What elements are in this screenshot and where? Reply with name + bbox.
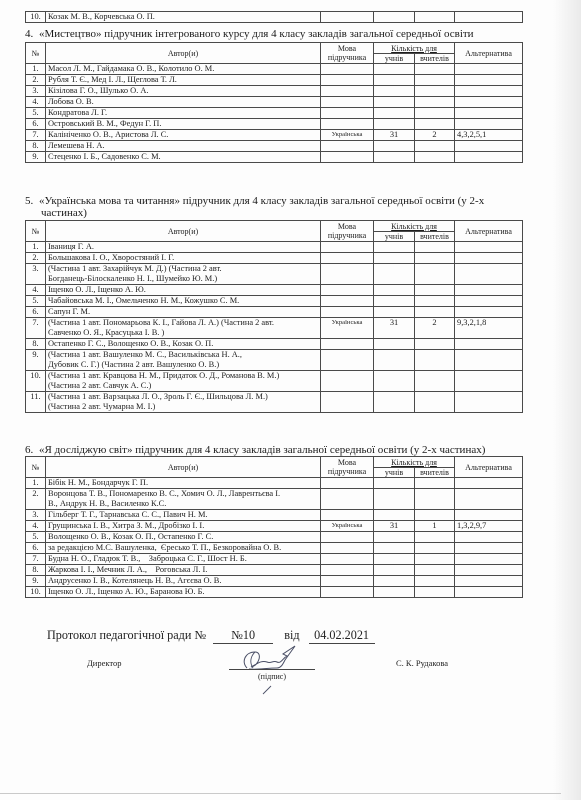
row-students: 31 xyxy=(374,130,415,141)
row-language xyxy=(321,75,374,86)
row-alternative xyxy=(455,296,523,307)
row-authors: (Частина 1 авт. Пономарьова К. І., Гайов… xyxy=(46,318,321,339)
row-alternative: 9,3,2,1,8 xyxy=(455,318,523,339)
row-language xyxy=(321,242,374,253)
row-number: 3. xyxy=(26,510,46,521)
row-alternative xyxy=(455,543,523,554)
table-row: 9.Стеценко І. Б., Садовенко С. М. xyxy=(26,152,523,163)
row-students xyxy=(374,587,415,598)
row-students xyxy=(374,565,415,576)
row-alternative xyxy=(455,141,523,152)
row-authors: Андрусенко І. В., Котелянець Н. В., Агєє… xyxy=(46,576,321,587)
row-alternative xyxy=(455,339,523,350)
row-students xyxy=(374,152,415,163)
row-alternative xyxy=(455,119,523,130)
row-teachers xyxy=(415,75,455,86)
row-alternative: 1,3,2,9,7 xyxy=(455,521,523,532)
row-authors: Калініченко О. В., Аристова Л. С. xyxy=(46,130,321,141)
row-alternative xyxy=(455,64,523,75)
row-authors: Іщенко О. Л., Іщенко А. Ю., Баранова Ю. … xyxy=(46,587,321,598)
row-teachers xyxy=(415,86,455,97)
row-authors: Чабайовська М. І., Омельченко Н. М., Кож… xyxy=(46,296,321,307)
protocol-line: Протокол педагогічної ради № №10 від 04.… xyxy=(47,628,375,644)
row-authors: Кондратова Л. Г. xyxy=(46,108,321,119)
row-students xyxy=(374,554,415,565)
row-teachers xyxy=(415,141,455,152)
row-number: 4. xyxy=(26,521,46,532)
row-teachers xyxy=(415,253,455,264)
table-row: 7.(Частина 1 авт. Пономарьова К. І., Гай… xyxy=(26,318,523,339)
row-teachers xyxy=(415,510,455,521)
director-name: С. К. Рудакова xyxy=(396,658,448,668)
row-students xyxy=(374,478,415,489)
row-authors: Стеценко І. Б., Садовенко С. М. xyxy=(46,152,321,163)
row-language xyxy=(321,108,374,119)
header-quantity: Кількість для xyxy=(374,221,455,232)
row-teachers xyxy=(415,339,455,350)
row-alternative xyxy=(455,510,523,521)
row-teachers xyxy=(415,242,455,253)
row-alternative xyxy=(455,565,523,576)
row-language: Українська xyxy=(321,521,374,532)
row-authors: (Частина 1 авт. Захарійчук М. Д.) (Части… xyxy=(46,264,321,285)
row-students xyxy=(374,242,415,253)
table-row: 3.Гільберг Т. Г., Тарнавська С. С., Пави… xyxy=(26,510,523,521)
row-teachers xyxy=(415,543,455,554)
row-teachers xyxy=(415,532,455,543)
header-authors: Автор(и) xyxy=(46,457,321,478)
table-row: 5.Кондратова Л. Г. xyxy=(26,108,523,119)
row-students xyxy=(374,253,415,264)
row-teachers xyxy=(415,371,455,392)
row-students xyxy=(374,12,415,23)
row-language xyxy=(321,86,374,97)
row-students xyxy=(374,97,415,108)
header-authors: Автор(и) xyxy=(46,43,321,64)
section-5-table: №Автор(и)МовапідручникаКількість дляАльт… xyxy=(25,220,523,413)
row-students xyxy=(374,307,415,318)
row-students xyxy=(374,350,415,371)
header-students: учнів xyxy=(374,54,415,64)
row-alternative xyxy=(455,587,523,598)
table-row: 2.Большакова І. О., Хворостяний І. Г. xyxy=(26,253,523,264)
header-alternative: Альтернатива xyxy=(455,221,523,242)
row-students: 31 xyxy=(374,318,415,339)
row-language: Українська xyxy=(321,318,374,339)
row-alternative xyxy=(455,392,523,413)
row-authors: Жаркова І. І., Мечник Л. А., Роговська Л… xyxy=(46,565,321,576)
row-alternative xyxy=(455,86,523,97)
row-teachers xyxy=(415,478,455,489)
section-4-title: 4.«Мистецтво» підручник інтегрованого ку… xyxy=(25,28,525,40)
row-language xyxy=(321,264,374,285)
row-authors: Козак М. В., Корчевська О. П. xyxy=(46,12,321,23)
table-row: 8.Жаркова І. І., Мечник Л. А., Роговська… xyxy=(26,565,523,576)
row-teachers xyxy=(415,64,455,75)
table-row: 10.(Частина 1 авт. Кравцова Н. М., Прида… xyxy=(26,371,523,392)
section-6-title: 6.«Я досліджую світ» підручник для 4 кла… xyxy=(25,444,525,456)
row-authors: (Частина 1 авт. Кравцова Н. М., Придаток… xyxy=(46,371,321,392)
row-alternative xyxy=(455,576,523,587)
row-authors: Бібік Н. М., Бондарчук Г. П. xyxy=(46,478,321,489)
table-row: 10.Іщенко О. Л., Іщенко А. Ю., Баранова … xyxy=(26,587,523,598)
row-language xyxy=(321,296,374,307)
row-number: 10. xyxy=(26,371,46,392)
row-teachers xyxy=(415,392,455,413)
row-teachers xyxy=(415,264,455,285)
table-row: 5.Волощенко О. В., Козак О. П., Остапенк… xyxy=(26,532,523,543)
row-alternative xyxy=(455,152,523,163)
row-language xyxy=(321,392,374,413)
header-alternative: Альтернатива xyxy=(455,457,523,478)
row-alternative xyxy=(455,12,523,23)
row-number: 11. xyxy=(26,392,46,413)
table-row: 9.Андрусенко І. В., Котелянець Н. В., Аг… xyxy=(26,576,523,587)
header-num: № xyxy=(26,457,46,478)
table-row: 4.Іщенко О. Л., Іщенко А. Ю. xyxy=(26,285,523,296)
row-language xyxy=(321,285,374,296)
row-students xyxy=(374,75,415,86)
row-number: 9. xyxy=(26,576,46,587)
row-language xyxy=(321,64,374,75)
row-alternative: 4,3,2,5,1 xyxy=(455,130,523,141)
row-alternative xyxy=(455,371,523,392)
protocol-date: 04.02.2021 xyxy=(309,628,375,644)
row-teachers xyxy=(415,108,455,119)
row-teachers xyxy=(415,285,455,296)
row-number: 2. xyxy=(26,75,46,86)
row-teachers: 2 xyxy=(415,130,455,141)
row-authors: Масол Л. М., Гайдамака О. В., Колотило О… xyxy=(46,64,321,75)
row-language xyxy=(321,12,374,23)
table-row: 11.(Частина 1 авт. Варзацька Л. О., Зрол… xyxy=(26,392,523,413)
row-number: 9. xyxy=(26,152,46,163)
row-authors: Волощенко О. В., Козак О. П., Остапенко … xyxy=(46,532,321,543)
row-teachers: 2 xyxy=(415,318,455,339)
row-teachers xyxy=(415,565,455,576)
row-teachers xyxy=(415,587,455,598)
row-students xyxy=(374,489,415,510)
row-alternative xyxy=(455,350,523,371)
table-row: 6.Сапун Г. М. xyxy=(26,307,523,318)
row-number: 8. xyxy=(26,141,46,152)
director-label: Директор xyxy=(87,658,122,668)
row-teachers xyxy=(415,12,455,23)
row-students: 31 xyxy=(374,521,415,532)
row-language xyxy=(321,510,374,521)
table-row: 4.Грущинська І. В., Хитра З. М., Дробізк… xyxy=(26,521,523,532)
signature-caption: (підпис) xyxy=(258,672,286,681)
row-students xyxy=(374,532,415,543)
row-alternative xyxy=(455,285,523,296)
row-teachers xyxy=(415,489,455,510)
table-row: 8.Остапенко Г. С., Волощенко О. В., Коза… xyxy=(26,339,523,350)
row-number: 2. xyxy=(26,489,46,510)
row-language xyxy=(321,576,374,587)
header-students: учнів xyxy=(374,232,415,242)
row-authors: Островський В. М., Федун Г. П. xyxy=(46,119,321,130)
section-5-title: 5.«Українська мова та читання» підручник… xyxy=(25,195,525,219)
header-language: Мовапідручника xyxy=(321,457,374,478)
table-row: 7.Калініченко О. В., Аристова Л. С.Украї… xyxy=(26,130,523,141)
row-alternative xyxy=(455,489,523,510)
row-number: 9. xyxy=(26,350,46,371)
section-6-table: №Автор(и)МовапідручникаКількість дляАльт… xyxy=(25,456,523,598)
row-number: 1. xyxy=(26,242,46,253)
row-teachers: 1 xyxy=(415,521,455,532)
table-row: 4.Лобова О. В. xyxy=(26,97,523,108)
row-number: 10. xyxy=(26,12,46,23)
table-row: 5.Чабайовська М. І., Омельченко Н. М., К… xyxy=(26,296,523,307)
table-row: 3.Кізілова Г. О., Шулько О. А. xyxy=(26,86,523,97)
row-teachers xyxy=(415,350,455,371)
document-page: 10.Козак М. В., Корчевська О. П. 4.«Мист… xyxy=(0,0,581,800)
table-row: 6.Островський В. М., Федун Г. П. xyxy=(26,119,523,130)
row-number: 7. xyxy=(26,318,46,339)
row-authors: (Частина 1 авт. Вашуленко М. С., Васильк… xyxy=(46,350,321,371)
row-students xyxy=(374,510,415,521)
row-alternative xyxy=(455,554,523,565)
row-teachers xyxy=(415,296,455,307)
row-authors: Іваниця Г. А. xyxy=(46,242,321,253)
header-quantity: Кількість для xyxy=(374,43,455,54)
row-authors: Будна Н. О., Гладюк Т. В., Заброцька С. … xyxy=(46,554,321,565)
header-alternative: Альтернатива xyxy=(455,43,523,64)
row-students xyxy=(374,108,415,119)
page-bottom-edge xyxy=(0,793,561,794)
row-number: 1. xyxy=(26,64,46,75)
row-alternative xyxy=(455,264,523,285)
row-number: 5. xyxy=(26,532,46,543)
row-teachers xyxy=(415,97,455,108)
header-num: № xyxy=(26,221,46,242)
row-language xyxy=(321,489,374,510)
row-language xyxy=(321,478,374,489)
row-language xyxy=(321,350,374,371)
row-language xyxy=(321,307,374,318)
row-language xyxy=(321,253,374,264)
row-number: 7. xyxy=(26,554,46,565)
table-row: 2.Рубля Т. Є., Мед І. Л., Щеглова Т. Л. xyxy=(26,75,523,86)
row-authors: Воронцова Т. В., Пономаренко В. С., Хоми… xyxy=(46,489,321,510)
row-number: 6. xyxy=(26,543,46,554)
row-number: 5. xyxy=(26,108,46,119)
row-students xyxy=(374,576,415,587)
header-quantity: Кількість для xyxy=(374,457,455,468)
header-teachers: вчителів xyxy=(415,232,455,242)
table-row: 10.Козак М. В., Корчевська О. П. xyxy=(26,12,523,23)
row-alternative xyxy=(455,253,523,264)
row-number: 4. xyxy=(26,97,46,108)
row-language xyxy=(321,339,374,350)
row-number: 3. xyxy=(26,86,46,97)
row-teachers xyxy=(415,152,455,163)
row-authors: Остапенко Г. С., Волощенко О. В., Козак … xyxy=(46,339,321,350)
row-language xyxy=(321,152,374,163)
row-language xyxy=(321,371,374,392)
table-row: 2.Воронцова Т. В., Пономаренко В. С., Хо… xyxy=(26,489,523,510)
row-students xyxy=(374,119,415,130)
row-authors: Лобова О. В. xyxy=(46,97,321,108)
header-teachers: вчителів xyxy=(415,468,455,478)
row-language xyxy=(321,119,374,130)
header-students: учнів xyxy=(374,468,415,478)
row-students xyxy=(374,392,415,413)
row-authors: за редакцією М.С. Вашуленка, Єресько Т. … xyxy=(46,543,321,554)
table-row: 7.Будна Н. О., Гладюк Т. В., Заброцька С… xyxy=(26,554,523,565)
row-students xyxy=(374,285,415,296)
row-authors: (Частина 1 авт. Варзацька Л. О., Зроль Г… xyxy=(46,392,321,413)
signature-line xyxy=(229,669,315,670)
row-authors: Кізілова Г. О., Шулько О. А. xyxy=(46,86,321,97)
row-language: Українська xyxy=(321,130,374,141)
row-authors: Грущинська І. В., Хитра З. М., Дробізко … xyxy=(46,521,321,532)
protocol-label: Протокол педагогічної ради № xyxy=(47,628,206,642)
table-row: 8.Лемешева Н. А. xyxy=(26,141,523,152)
table-row: 1.Масол Л. М., Гайдамака О. В., Колотило… xyxy=(26,64,523,75)
row-alternative xyxy=(455,307,523,318)
table-row: 1.Іваниця Г. А. xyxy=(26,242,523,253)
row-number: 1. xyxy=(26,478,46,489)
header-teachers: вчителів xyxy=(415,54,455,64)
table-row: 9.(Частина 1 авт. Вашуленко М. С., Васил… xyxy=(26,350,523,371)
row-number: 10. xyxy=(26,587,46,598)
row-language xyxy=(321,565,374,576)
header-language: Мовапідручника xyxy=(321,221,374,242)
row-number: 6. xyxy=(26,307,46,318)
table-row: 3.(Частина 1 авт. Захарійчук М. Д.) (Час… xyxy=(26,264,523,285)
row-number: 3. xyxy=(26,264,46,285)
row-students xyxy=(374,543,415,554)
row-students xyxy=(374,296,415,307)
row-alternative xyxy=(455,97,523,108)
row-language xyxy=(321,532,374,543)
row-teachers xyxy=(415,119,455,130)
row-authors: Рубля Т. Є., Мед І. Л., Щеглова Т. Л. xyxy=(46,75,321,86)
row-alternative xyxy=(455,75,523,86)
row-language xyxy=(321,587,374,598)
table-row: 6.за редакцією М.С. Вашуленка, Єресько Т… xyxy=(26,543,523,554)
row-teachers xyxy=(415,554,455,565)
row-teachers xyxy=(415,576,455,587)
row-authors: Гільберг Т. Г., Тарнавська С. С., Павич … xyxy=(46,510,321,521)
table-row: 1.Бібік Н. М., Бондарчук Г. П. xyxy=(26,478,523,489)
row-alternative xyxy=(455,108,523,119)
previous-section-table-fragment: 10.Козак М. В., Корчевська О. П. xyxy=(25,11,523,23)
row-authors: Лемешева Н. А. xyxy=(46,141,321,152)
header-language: Мовапідручника xyxy=(321,43,374,64)
row-students xyxy=(374,86,415,97)
row-number: 8. xyxy=(26,339,46,350)
row-students xyxy=(374,141,415,152)
row-authors: Большакова І. О., Хворостяний І. Г. xyxy=(46,253,321,264)
row-authors: Сапун Г. М. xyxy=(46,307,321,318)
row-students xyxy=(374,264,415,285)
row-number: 2. xyxy=(26,253,46,264)
row-students xyxy=(374,339,415,350)
row-students xyxy=(374,64,415,75)
row-alternative xyxy=(455,478,523,489)
row-language xyxy=(321,97,374,108)
row-number: 8. xyxy=(26,565,46,576)
date-label: від xyxy=(284,628,299,642)
row-language xyxy=(321,543,374,554)
row-authors: Іщенко О. Л., Іщенко А. Ю. xyxy=(46,285,321,296)
row-number: 4. xyxy=(26,285,46,296)
row-language xyxy=(321,554,374,565)
header-authors: Автор(и) xyxy=(46,221,321,242)
scan-edge-shadow xyxy=(553,0,581,800)
row-teachers xyxy=(415,307,455,318)
row-students xyxy=(374,371,415,392)
row-alternative xyxy=(455,242,523,253)
row-alternative xyxy=(455,532,523,543)
section-4-table: №Автор(и)МовапідручникаКількість дляАльт… xyxy=(25,42,523,163)
row-number: 5. xyxy=(26,296,46,307)
row-number: 7. xyxy=(26,130,46,141)
row-number: 6. xyxy=(26,119,46,130)
row-language xyxy=(321,141,374,152)
header-num: № xyxy=(26,43,46,64)
